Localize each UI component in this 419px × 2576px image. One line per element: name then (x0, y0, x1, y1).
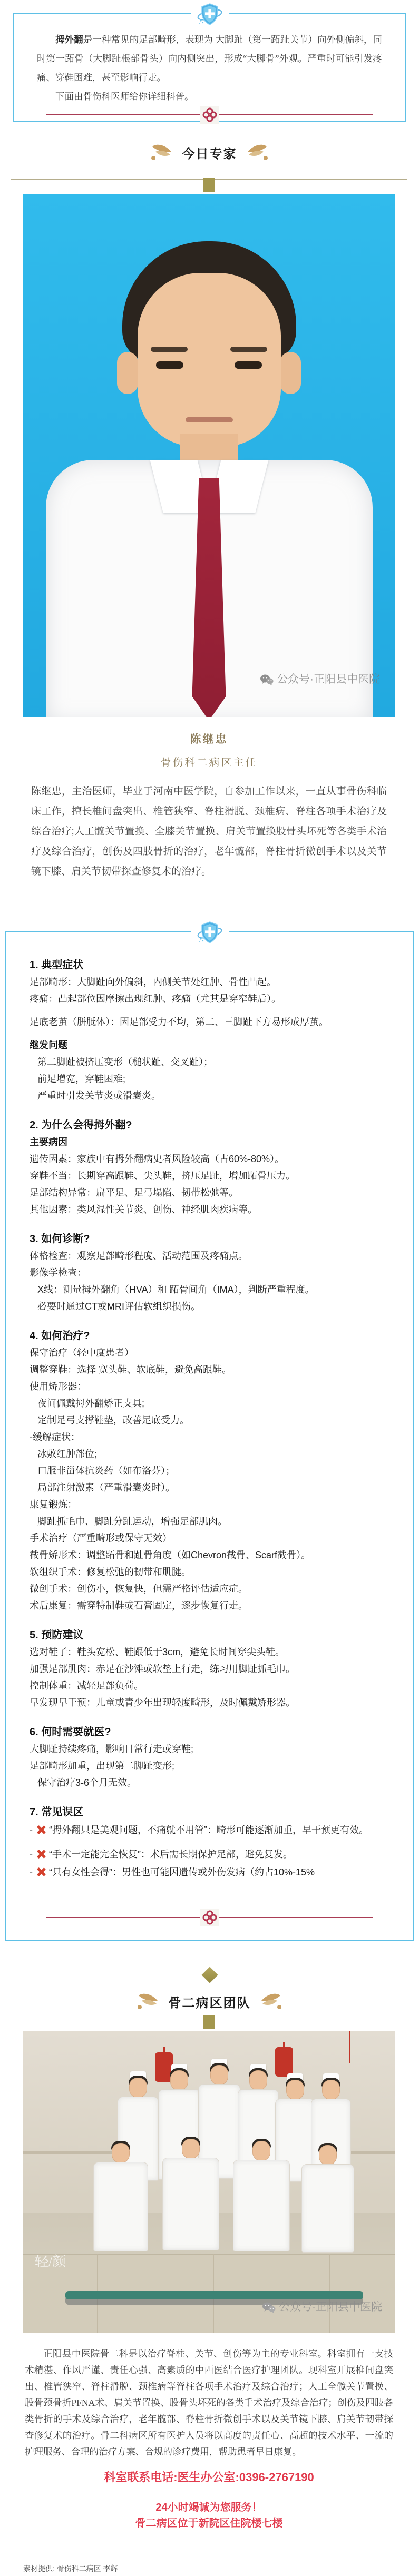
faq-line: -“只有女性会得”：男性也可能因遗传或外伤发病（约占10%-15% (30, 1864, 394, 1877)
faq-line: -5. 预防建议 (30, 1627, 394, 1644)
faq-line: -继发问题 (30, 1037, 394, 1054)
gold-tab-ornament-2 (203, 2015, 215, 2029)
expert-card: 公众号·正阳县中医院 陈继忠 骨伤科二病区主任 陈继忠，主治医师，毕业于河南中医… (11, 179, 407, 911)
faq-line-text: 微创手术：创伤小，恢复快，但需严格评估适应症。 (30, 1584, 248, 1594)
faq-line: -局部注射激素（严重滑囊炎时）。 (30, 1479, 394, 1496)
intro-box: 拇外翻是一种常见的足部畸形，表现为 大脚趾（第一跖趾关节）向外侧偏斜，同时第一跖… (13, 13, 406, 122)
faq-content: -1. 典型症状 -足部畸形：大脚趾向外偏斜，内侧关节处红肿、骨性凸起。 -疼痛… (30, 950, 394, 1877)
flower-divider-icon-2 (200, 1909, 219, 1926)
faq-line: -足部畸形：大脚趾向外偏斜，内侧关节处红肿、骨性凸起。 (30, 974, 394, 990)
faq-line-text: 冰敷红肿部位; (37, 1449, 97, 1459)
faq-line-text: “只有女性会得”：男性也可能因遗传或外伤发病（约占10%-15% (49, 1867, 315, 1877)
portrait-brow-right (230, 347, 267, 352)
faq-line: -手术治疗（严重畸形或保守无效） (30, 1530, 394, 1547)
faq-line: - (30, 1838, 394, 1845)
faq-line-text: 必要时通过CT或MRI评估软组织损伤。 (37, 1301, 200, 1312)
expert-section-title: 今日专家 (182, 147, 237, 161)
faq-line: -严重时引发关节炎或滑囊炎。 (30, 1087, 394, 1104)
red-decoration-2 (275, 2047, 293, 2077)
contact-location: 骨二病区位于新院区住院楼七楼 (11, 2515, 407, 2531)
team-photo-watermark-text: 公众号·正阳县中医院 (279, 2301, 382, 2313)
faq-line-text: 前足增宽，穿鞋困难; (37, 1074, 125, 1084)
divider-line (46, 114, 373, 115)
faq-line: - (30, 1104, 394, 1110)
faq-line-text: 7. 常见误区 (30, 1806, 83, 1818)
faq-line-text: 软组织手术：修复松弛的韧带和肌腱。 (30, 1567, 191, 1577)
faq-line: - (30, 1791, 394, 1797)
faq-line-text: 术后康复：需穿特制鞋或石膏固定，逐步恢复行走。 (30, 1600, 248, 1611)
flower-divider-icon (200, 106, 219, 124)
faq-line-text: 选对鞋子：鞋头宽松、鞋跟低于3cm，避免长时间穿尖头鞋。 (30, 1647, 285, 1657)
faq-line: -7. 常见误区 (30, 1804, 394, 1821)
team-photo: 轻/颜 公众号·正阳县中医院 (23, 2031, 395, 2333)
faq-line: -口服非甾体抗炎药（如布洛芬）； (30, 1462, 394, 1479)
faq-line-text: 其他因素：类风湿性关节炎、创伤、神经肌肉疾病等。 (30, 1204, 257, 1215)
x-mark-icon: - (30, 1846, 49, 1863)
faq-line: -“拇外翻只是美观问题，不痛就不用管”：畸形可能逐渐加重，早干预更有效。 (30, 1822, 394, 1838)
faq-line: -保守治疗3-6个月无效。 (30, 1774, 394, 1791)
expert-photo: 公众号·正阳县中医院 (23, 194, 395, 717)
faq-line-text: 保守治疗（轻中度患者） (30, 1348, 134, 1358)
faq-line-text: 严重时引发关节炎或滑囊炎。 (37, 1090, 161, 1101)
wechat-icon-2 (262, 2302, 276, 2314)
red-string-decoration (349, 2031, 350, 2063)
faq-line-text: 体格检查：观察足部畸形程度、活动范围及疼痛点。 (30, 1251, 248, 1261)
leaf-right-icon-2 (260, 1992, 282, 2010)
faq-line-text: 第二脚趾被挤压变形（槌状趾、交叉趾）； (37, 1057, 213, 1067)
leaf-right-icon (247, 143, 269, 161)
faq-line-text: 4. 如何治疗? (30, 1330, 90, 1342)
faq-line-text: -缓解症状： (30, 1432, 80, 1442)
faq-line-text: 使用矫形器： (30, 1381, 86, 1392)
faq-line-text: 夜间佩戴拇外翻矫正支具; (37, 1398, 144, 1409)
faq-line: - (30, 1711, 394, 1717)
faq-line-text: 早发现早干预：儿童或青少年出现轻度畸形，及时佩戴矫形器。 (30, 1697, 295, 1708)
faq-line: -微创手术：创伤小，恢复快，但需严格评估适应症。 (30, 1580, 394, 1597)
faq-line-text: “拇外翻只是美观问题，不痛就不用管”：畸形可能逐渐加重，早干预更有效。 (49, 1825, 368, 1835)
photo-watermark: 公众号·正阳县中医院 (260, 671, 380, 686)
article-page: 拇外翻是一种常见的足部畸形，表现为 大脚趾（第一跖趾关节）向外侧偏斜，同时第一跖… (0, 0, 419, 2576)
faq-line: -“手术一定能完全恢复”：术后需长期保护足部，避免复发。 (30, 1846, 394, 1863)
leaf-left-icon-2 (137, 1992, 159, 2010)
faq-line: -选对鞋子：鞋头宽松、鞋跟低于3cm，避免长时间穿尖头鞋。 (30, 1644, 394, 1660)
faq-line: -主要病因 (30, 1134, 394, 1151)
x-mark-icon: - (30, 1822, 49, 1838)
faq-line-text: 足底老茧（胼胝体）：因足部受力不均，第二、三脚趾下方易形成厚茧。 (30, 1017, 328, 1027)
faq-line-text: 3. 如何诊断? (30, 1233, 90, 1245)
faq-line: -其他因素：类风湿性关节炎、创伤、神经肌肉疾病等。 (30, 1201, 394, 1218)
faq-line-text: 继发问题 (30, 1040, 67, 1050)
faq-line-text: 影像学检查： (30, 1267, 86, 1278)
expert-section-header: 今日专家 (0, 143, 419, 162)
faq-line-text: 脚趾抓毛巾、脚趾分趾运动，增强足部肌肉。 (37, 1516, 227, 1527)
faq-line: -康复锻炼： (30, 1496, 394, 1513)
gold-tab-ornament (203, 178, 215, 192)
faq-line: -冰敷红肿部位; (30, 1446, 394, 1462)
faq-line: -足部畸形加重，出现第二脚趾变形; (30, 1757, 394, 1774)
faq-line-text: 口服非甾体抗炎药（如布洛芬）； (37, 1466, 175, 1476)
faq-line-text: 手术治疗（严重畸形或保守无效） (30, 1533, 172, 1543)
faq-line-text: 控制体重：减轻足部负荷。 (30, 1680, 143, 1691)
faq-line: -夜间佩戴拇外翻矫正支具; (30, 1395, 394, 1412)
faq-line-text: 定制足弓支撑鞋垫，改善足底受力。 (37, 1415, 189, 1425)
faq-line-text: 穿鞋不当：长期穿高跟鞋、尖头鞋，挤压足趾，增加跖骨压力。 (30, 1171, 295, 1181)
intro-paragraph-2: 下面由骨伤科医师给你详细科普。 (37, 87, 382, 106)
portrait-eye-right (235, 361, 262, 369)
faq-line: -保守治疗（轻中度患者） (30, 1344, 394, 1361)
intro-paragraph-1: 拇外翻是一种常见的足部畸形，表现为 大脚趾（第一跖趾关节）向外侧偏斜，同时第一跖… (37, 30, 382, 106)
faq-line: -前足增宽，穿鞋困难; (30, 1070, 394, 1087)
faq-bottom-divider (46, 1917, 373, 1918)
faq-line: -穿鞋不当：长期穿高跟鞋、尖头鞋，挤压足趾，增加跖骨压力。 (30, 1167, 394, 1184)
faq-line: -影像学检查： (30, 1264, 394, 1281)
faq-line: -软组织手术：修复松弛的韧带和肌腱。 (30, 1564, 394, 1580)
expert-bio: 陈继忠，主治医师，毕业于河南中医学院，自参加工作以来，一直从事骨伤科临床工作，擅… (31, 782, 387, 882)
team-section-header: 骨二病区团队 (0, 1992, 419, 2011)
faq-line-text: 截骨矫形术：调整跖骨和趾骨角度（如Chevron截骨、Scarf截骨）。 (30, 1550, 310, 1560)
faq-line: -1. 典型症状 (30, 957, 394, 974)
portrait-ear-right (280, 352, 301, 394)
faq-line: -定制足弓支撑鞋垫，改善足底受力。 (30, 1412, 394, 1429)
faq-line-text: 疼痛：凸起部位因摩擦出现红肿、疼痛（尤其是穿窄鞋后）。 (30, 994, 281, 1004)
leaf-left-icon (150, 143, 172, 161)
expert-name: 陈继忠 (11, 731, 407, 746)
faq-line: - (30, 1030, 394, 1037)
faq-line: -加强足部肌肉：赤足在沙滩或软垫上行走，练习用脚趾抓毛巾。 (30, 1660, 394, 1677)
team-section-title: 骨二病区团队 (169, 1996, 251, 2010)
contact-phone: 科室联系电话:医生办公室:0396-2767190 (11, 2469, 407, 2485)
faq-line-text: 调整穿鞋：选择 宽头鞋、软底鞋，避免高跟鞋。 (30, 1364, 231, 1375)
portrait-eye-left (156, 361, 183, 369)
faq-line: - (30, 1218, 394, 1224)
faq-line: -2. 为什么会得拇外翻? (30, 1117, 394, 1134)
team-photo-watermark: 公众号·正阳县中医院 (262, 2298, 382, 2314)
faq-line-text: 大脚趾持续疼痛，影响日常行走或穿鞋; (30, 1744, 193, 1754)
faq-line: -3. 如何诊断? (30, 1231, 394, 1247)
faq-line-text: 足部畸形加重，出现第二脚趾变形; (30, 1761, 174, 1771)
faq-box: -1. 典型症状 -足部畸形：大脚趾向外偏斜，内侧关节处红肿、骨性凸起。 -疼痛… (5, 931, 414, 1941)
faq-line: -足部结构异常：扁平足、足弓塌陷、韧带松弛等。 (30, 1184, 394, 1201)
wechat-icon (260, 674, 274, 686)
faq-line: -体格检查：观察足部畸形程度、活动范围及疼痛点。 (30, 1247, 394, 1264)
faq-line: -遗传因素：家族中有拇外翻病史者风险较高（占60%-80%）。 (30, 1151, 394, 1167)
faq-line: -调整穿鞋：选择 宽头鞋、软底鞋，避免高跟鞋。 (30, 1361, 394, 1378)
faq-line: -6. 何时需要就医? (30, 1724, 394, 1741)
faq-line: -第二脚趾被挤压变形（槌状趾、交叉趾）； (30, 1054, 394, 1070)
faq-line-text: 遗传因素：家族中有拇外翻病史者风险较高（占60%-80%）。 (30, 1154, 284, 1164)
faq-line-text: 1. 典型症状 (30, 959, 83, 971)
faq-line: -X线：测量拇外翻角（HVA）和 跖骨间角（IMA），判断严重程度。 (30, 1281, 394, 1298)
faq-line: -疼痛：凸起部位因摩擦出现红肿、疼痛（尤其是穿窄鞋后）。 (30, 990, 394, 1007)
faq-line: -早发现早干预：儿童或青少年出现轻度畸形，及时佩戴矫形器。 (30, 1694, 394, 1711)
faq-line: -大脚趾持续疼痛，影响日常行走或穿鞋; (30, 1741, 394, 1757)
intro-body-text: 是一种常见的足部畸形，表现为 大脚趾（第一跖趾关节）向外侧偏斜，同时第一跖骨（大… (37, 34, 382, 83)
faq-line-text: 足部畸形：大脚趾向外偏斜，内侧关节处红肿、骨性凸起。 (30, 977, 276, 987)
shield-plus-icon (191, 2, 229, 28)
faq-line: -足底老茧（胼胝体）：因足部受力不均，第二、三脚趾下方易形成厚茧。 (30, 1014, 394, 1030)
faq-line-text: 局部注射激素（严重滑囊炎时）。 (37, 1482, 175, 1493)
faq-line: -使用矫形器： (30, 1378, 394, 1395)
faq-line: -控制体重：减轻足部负荷。 (30, 1677, 394, 1694)
photo-watermark-text: 公众号·正阳县中医院 (277, 673, 380, 685)
team-card: 轻/颜 公众号·正阳县中医院 正阳县中医院骨二科是以治疗脊柱、关节、创伤等为主的… (11, 2017, 407, 2554)
team-description: 正阳县中医院骨二科是以治疗脊柱、关节、创伤等为主的专业科室。科室拥有一支技术精湛… (25, 2346, 393, 2460)
beauty-app-watermark: 轻/颜 (35, 2254, 66, 2270)
faq-line: -术后康复：需穿特制鞋或石膏固定，逐步恢复行走。 (30, 1597, 394, 1614)
faq-line: - (30, 1614, 394, 1620)
faq-line: -必要时通过CT或MRI评估软组织损伤。 (30, 1298, 394, 1315)
faq-line-text: 足部结构异常：扁平足、足弓塌陷、韧带松弛等。 (30, 1187, 238, 1198)
faq-line-text: “手术一定能完全恢复”：术后需长期保护足部，避免复发。 (49, 1849, 293, 1860)
portrait-ear-left (117, 352, 138, 394)
faq-line-text: 加强足部肌肉：赤足在沙滩或软垫上行走，练习用脚趾抓毛巾。 (30, 1664, 295, 1674)
expert-title: 骨伤科二病区主任 (11, 754, 407, 769)
contact-service: 24小时竭诚为您服务！ (11, 2500, 407, 2515)
portrait-mouth (186, 417, 233, 422)
faq-line-text: 保守治疗3-6个月无效。 (37, 1777, 137, 1788)
faq-line: -截骨矫形术：调整跖骨和趾骨角度（如Chevron截骨、Scarf截骨）。 (30, 1547, 394, 1564)
faq-line-text: 5. 预防建议 (30, 1629, 83, 1641)
faq-line: --缓解症状： (30, 1429, 394, 1446)
shield-plus-icon-2 (191, 920, 229, 946)
faq-line: - (30, 1007, 394, 1014)
faq-line: -脚趾抓毛巾、脚趾分趾运动，增强足部肌肉。 (30, 1513, 394, 1530)
faq-line-text: X线：测量拇外翻角（HVA）和 跖骨间角（IMA），判断严重程度。 (37, 1284, 315, 1295)
faq-line: - (30, 1315, 394, 1321)
footer-credit: 素材提供: 骨伤科二病区 李辉 (23, 2563, 118, 2574)
faq-line-text: 康复锻炼： (30, 1499, 77, 1510)
faq-line-text: 2. 为什么会得拇外翻? (30, 1119, 132, 1131)
portrait-brow-left (151, 347, 188, 352)
faq-line: -4. 如何治疗? (30, 1328, 394, 1344)
faq-line-text: 6. 何时需要就医? (30, 1726, 111, 1738)
diamond-icon (201, 1967, 218, 1983)
x-mark-icon: - (30, 1864, 49, 1877)
faq-line-text: 主要病因 (30, 1137, 67, 1147)
intro-keyword: 拇外翻 (55, 34, 83, 45)
